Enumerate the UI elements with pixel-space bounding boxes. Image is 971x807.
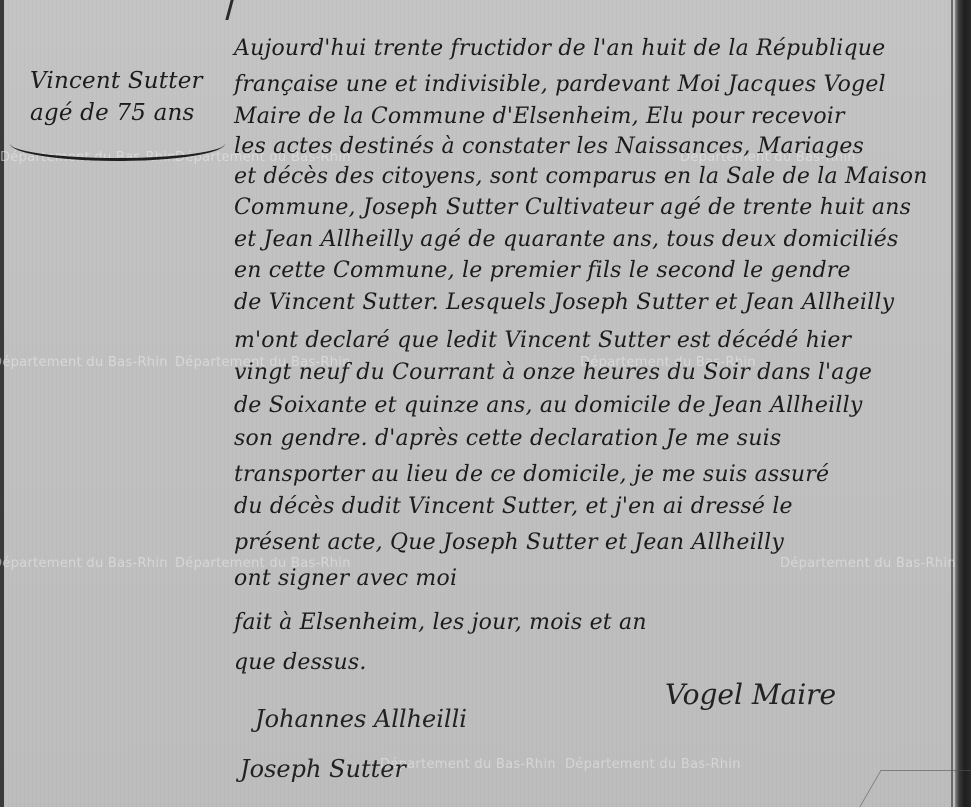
record-line: et décès des citoyens, sont comparus en …: [234, 164, 928, 189]
margin-name: Vincent Sutter: [30, 68, 203, 94]
record-line: son gendre. d'après cette declaration Je…: [234, 426, 781, 451]
record-line: m'ont declaré que ledit Vincent Sutter e…: [234, 328, 851, 353]
record-line: que dessus.: [234, 650, 367, 675]
margin-age: agé de 75 ans: [30, 100, 203, 126]
record-line: et Jean Allheilly agé de quarante ans, t…: [234, 227, 899, 252]
record-line: française une et indivisible, pardevant …: [234, 72, 886, 97]
record-line: ont signer avec moi: [234, 566, 457, 591]
watermark: Département du Bas-Rhin: [0, 355, 168, 370]
record-line: en cette Commune, le premier fils le sec…: [234, 258, 851, 283]
ink-stroke-top: [225, 0, 233, 20]
page-binding-edge: [955, 0, 971, 807]
record-line: du décès dudit Vincent Sutter, et j'en a…: [234, 494, 793, 519]
watermark: Département du Bas-Rhin: [380, 757, 556, 772]
record-line: Commune, Joseph Sutter Cultivateur agé d…: [234, 195, 911, 220]
watermark: Département du Bas-Rhin: [0, 556, 168, 571]
signature-mayor: Vogel Maire: [665, 678, 836, 711]
record-line: fait à Elsenheim, les jour, mois et an: [234, 610, 647, 635]
record-line: transporter au lieu de ce domicile, je m…: [234, 462, 829, 487]
record-line: de Soixante et quinze ans, au domicile d…: [234, 393, 862, 418]
record-line: de Vincent Sutter. Lesquels Joseph Sutte…: [234, 290, 894, 315]
record-line: Aujourd'hui trente fructidor de l'an hui…: [234, 36, 885, 61]
watermark: Département du Bas-Rhin: [565, 757, 741, 772]
record-line: vingt neuf du Courrant à onze heures du …: [234, 360, 872, 385]
margin-annotation: Vincent Sutter agé de 75 ans: [30, 68, 203, 126]
page-right-margin-line: [951, 0, 953, 807]
signature-witness-1: Johannes Allheilli: [255, 705, 467, 733]
watermark: Département du Bas-Rhin: [780, 556, 956, 571]
record-line: présent acte, Que Joseph Sutter et Jean …: [234, 530, 784, 555]
signature-witness-2: Joseph Sutter: [240, 755, 406, 783]
record-line: les actes destinés à constater les Naiss…: [234, 134, 864, 159]
scanned-register-page: Département du Bas-Rhin Département du B…: [0, 0, 971, 807]
record-line: Maire de la Commune d'Elsenheim, Elu pou…: [234, 104, 845, 129]
page-left-border: [0, 0, 4, 807]
